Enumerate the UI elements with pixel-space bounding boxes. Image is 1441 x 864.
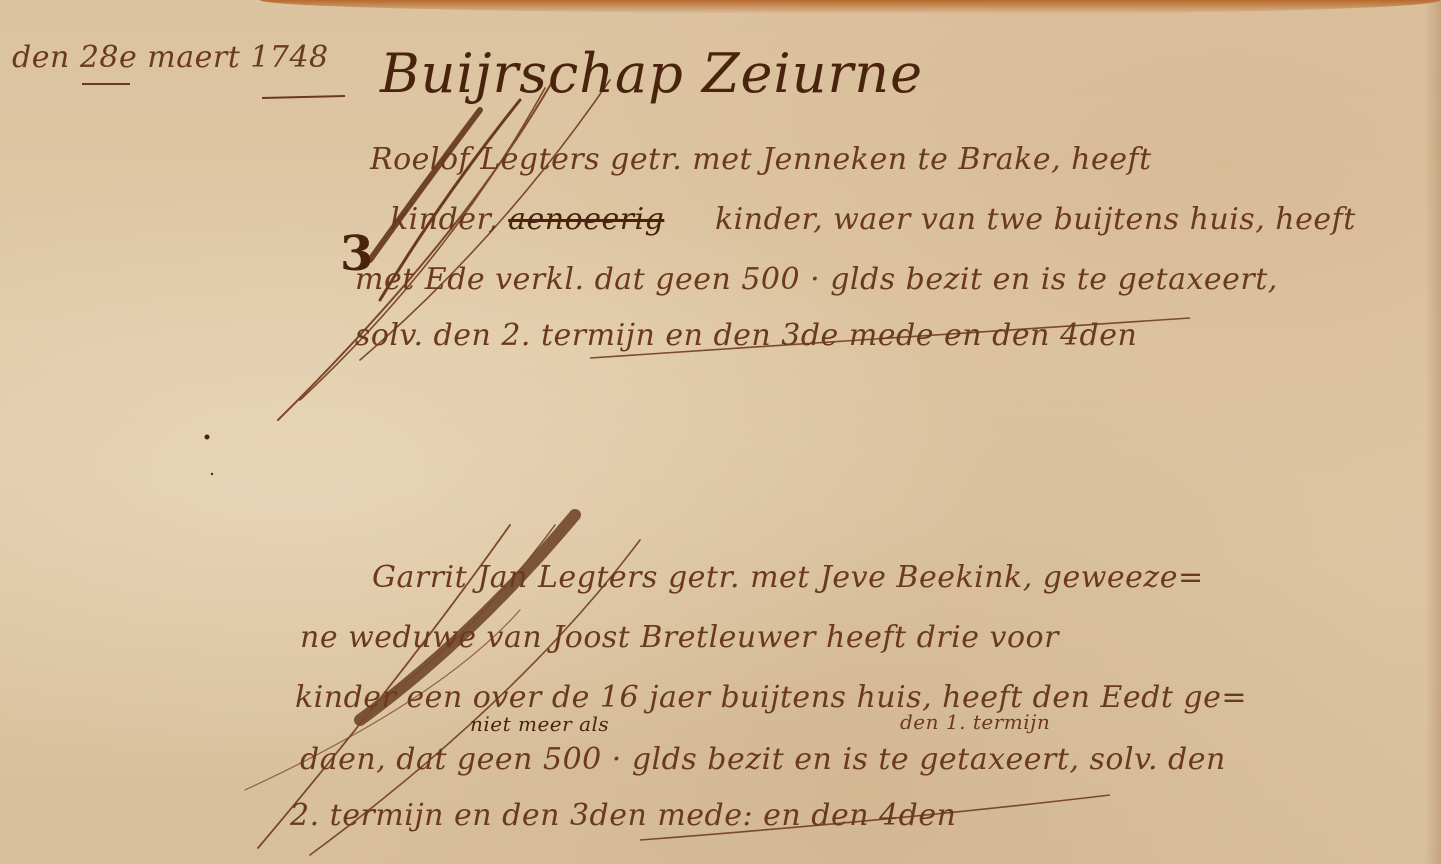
- interlinear-note: niet meer als: [470, 712, 609, 736]
- struck-word: aenoeerig: [508, 202, 664, 237]
- entry-line: kinder een over de 16 jaer buijtens huis…: [295, 680, 1247, 715]
- entry-word: kinder,: [390, 202, 508, 237]
- interlinear-note: den 1. termijn: [900, 710, 1050, 734]
- manuscript-page: den 28e maert 1748 Buijrschap Zeiurne Ro…: [0, 0, 1441, 864]
- entry-date: den 28e maert 1748: [12, 40, 329, 75]
- entry-line: Garrit Jan Legters getr. met Jeve Beekin…: [372, 560, 1204, 595]
- entry-line: ne weduwe van Joost Bretleuwer heeft dri…: [300, 620, 1059, 655]
- entry-line: met Ede verkl. dat geen 500 · glds bezit…: [355, 262, 1278, 297]
- entry-line: daen, dat geen 500 · glds bezit en is te…: [300, 742, 1226, 777]
- cancellation-strokes: [0, 0, 1441, 864]
- page-title: Buijrschap Zeiurne: [380, 42, 923, 105]
- entry-line-prefix: kinder, aenoeerig: [390, 202, 664, 237]
- entry-line: 2. termijn en den 3den mede: en den 4den: [290, 798, 956, 833]
- entry-line: kinder, waer van twe buijtens huis, heef…: [715, 202, 1356, 237]
- entry-line: Roelof Legters getr. met Jenneken te Bra…: [370, 142, 1152, 177]
- entry-line: solv. den 2. termijn en den 3de mede en …: [355, 318, 1137, 353]
